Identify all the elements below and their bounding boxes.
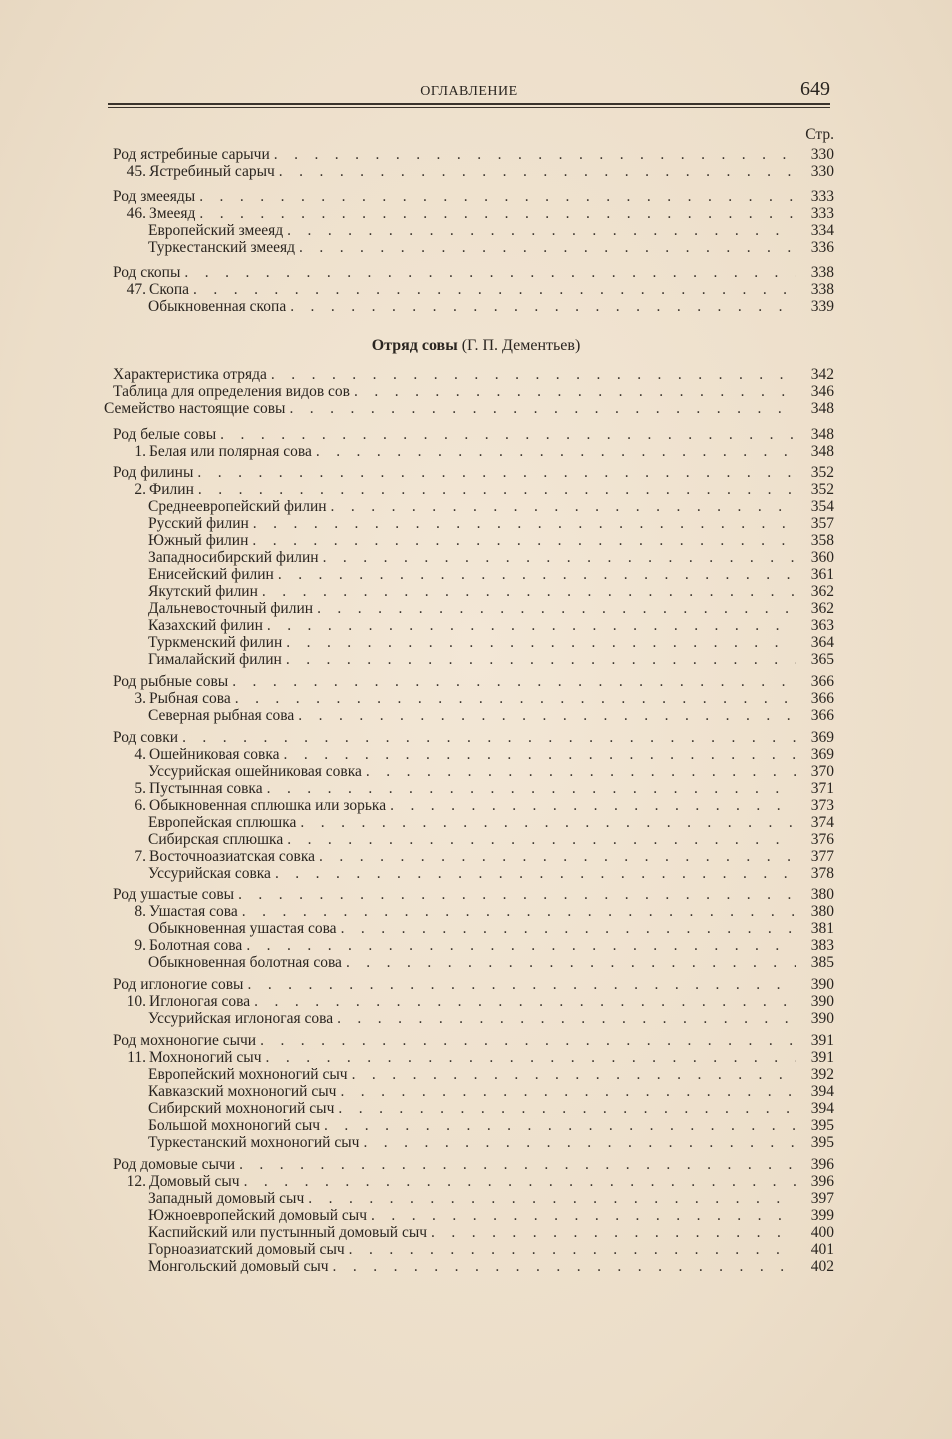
- toc-entry-page: 357: [796, 515, 834, 533]
- toc-entry-page: 391: [796, 1049, 834, 1067]
- toc-entry-label: Семейство настоящие совы: [104, 400, 287, 418]
- toc-entry-page: 346: [796, 383, 834, 401]
- toc-entry: Род мохноногие сычи. . . . . . . . . . .…: [113, 1032, 834, 1050]
- toc-entry-page: 365: [796, 651, 834, 669]
- dot-leader: . . . . . . . . . . . . . . . . . . . . …: [180, 729, 796, 747]
- toc-entry-number: 11.: [113, 1049, 146, 1067]
- toc-entry-label: Обыкновенная сплюшка или зорька: [149, 797, 388, 815]
- toc-entry: Характеристика отряда. . . . . . . . . .…: [113, 366, 834, 384]
- dot-leader: . . . . . . . . . . . . . . . . . . . . …: [321, 549, 796, 567]
- toc-entry: 2.Филин. . . . . . . . . . . . . . . . .…: [113, 481, 834, 499]
- section-title: Отряд совы (Г. П. Дементьев): [0, 337, 952, 355]
- toc-entry: Европейская сплюшка. . . . . . . . . . .…: [148, 814, 834, 832]
- dot-leader: . . . . . . . . . . . . . . . . . . . . …: [273, 865, 796, 883]
- toc-entry-page: 376: [796, 831, 834, 849]
- toc-entry: Уссурийская совка. . . . . . . . . . . .…: [148, 865, 834, 883]
- toc-entry-label: Каспийский или пустынный домовый сыч: [148, 1224, 429, 1242]
- toc-entry-page: 394: [796, 1083, 834, 1101]
- toc-entry-page: 352: [796, 481, 834, 499]
- toc-entry-page: 397: [796, 1190, 834, 1208]
- toc-entry-label: Ястребиный сарыч: [149, 163, 277, 181]
- toc-entry-number: 6.: [113, 797, 146, 815]
- toc-entry-label: Ошейниковая совка: [149, 746, 282, 764]
- toc-entry-number: 8.: [113, 903, 146, 921]
- toc-entry: Род домовые сычи. . . . . . . . . . . . …: [113, 1156, 834, 1174]
- toc-entry-label: Южный филин: [148, 532, 250, 550]
- toc-entry-page: 339: [796, 298, 834, 316]
- toc-entry: Род рыбные совы. . . . . . . . . . . . .…: [113, 673, 834, 691]
- section-author: (Г. П. Дементьев): [462, 337, 581, 354]
- toc-entry: Северная рыбная сова. . . . . . . . . . …: [148, 707, 834, 725]
- dot-leader: . . . . . . . . . . . . . . . . . . . . …: [429, 1224, 796, 1242]
- toc-entry-label: Род ушастые совы: [113, 886, 236, 904]
- toc-entry-label: Русский филин: [148, 515, 251, 533]
- toc-entry-page: 366: [796, 690, 834, 708]
- toc-entry-page: 364: [796, 634, 834, 652]
- toc-entry-page: 395: [796, 1134, 834, 1152]
- toc-entry-label: Туркменский филин: [148, 634, 284, 652]
- toc-entry-page: 400: [796, 1224, 834, 1242]
- toc-entry: Енисейский филин. . . . . . . . . . . . …: [148, 566, 834, 584]
- dot-leader: . . . . . . . . . . . . . . . . . . . . …: [284, 634, 796, 652]
- toc-entry-page: 396: [796, 1173, 834, 1191]
- dot-leader: . . . . . . . . . . . . . . . . . . . . …: [250, 532, 796, 550]
- toc-entry-page: 391: [796, 1032, 834, 1050]
- toc-entry-number: 10.: [113, 993, 146, 1011]
- dot-leader: . . . . . . . . . . . . . . . . . . . . …: [296, 707, 796, 725]
- page-number: 649: [800, 78, 830, 101]
- toc-entry-label: Скопа: [149, 281, 191, 299]
- dot-leader: . . . . . . . . . . . . . . . . . . . . …: [276, 566, 796, 584]
- toc-entry-label: Сибирский мохноногий сыч: [148, 1100, 336, 1118]
- toc-entry-page: 385: [796, 954, 834, 972]
- toc-entry: Семейство настоящие совы. . . . . . . . …: [104, 400, 834, 418]
- toc-entry: Туркестанский змееяд. . . . . . . . . . …: [148, 239, 834, 257]
- toc-entry: 12.Домовый сыч. . . . . . . . . . . . . …: [113, 1173, 834, 1191]
- toc-entry-page: 360: [796, 549, 834, 567]
- dot-leader: . . . . . . . . . . . . . . . . . . . . …: [347, 1241, 796, 1259]
- dot-leader: . . . . . . . . . . . . . . . . . . . . …: [350, 1066, 796, 1084]
- dot-leader: . . . . . . . . . . . . . . . . . . . . …: [284, 651, 796, 669]
- toc-entry-page: 338: [796, 281, 834, 299]
- toc-entry-page: 390: [796, 976, 834, 994]
- toc-entry-page: 338: [796, 264, 834, 282]
- toc-entry-label: Туркестанский змееяд: [148, 239, 297, 257]
- toc-entry-label: Характеристика отряда: [113, 366, 269, 384]
- toc-entry-label: Монгольский домовый сыч: [148, 1258, 331, 1276]
- dot-leader: . . . . . . . . . . . . . . . . . . . . …: [264, 1049, 796, 1067]
- toc-entry: 4.Ошейниковая совка. . . . . . . . . . .…: [113, 746, 834, 764]
- toc-entry: Уссурийская иглоногая сова. . . . . . . …: [148, 1010, 834, 1028]
- toc-entry-page: 369: [796, 746, 834, 764]
- toc-entry-label: Обыкновенная болотная сова: [148, 954, 344, 972]
- toc-entry-page: 334: [796, 222, 834, 240]
- toc-entry-label: Иглоногая сова: [149, 993, 252, 1011]
- toc-entry-label: Род филины: [113, 464, 195, 482]
- toc-entry-label: Мохноногий сыч: [149, 1049, 264, 1067]
- toc-entry: Сибирская сплюшка. . . . . . . . . . . .…: [148, 831, 834, 849]
- toc-entry-page: 342: [796, 366, 834, 384]
- toc-entry-page: 396: [796, 1156, 834, 1174]
- toc-entry-number: 9.: [113, 937, 146, 955]
- toc-entry-page: 348: [796, 426, 834, 444]
- toc-entry-label: Южноевропейский домовый сыч: [148, 1207, 369, 1225]
- toc-entry-label: Европейская сплюшка: [148, 814, 298, 832]
- toc-entry-label: Белая или полярная сова: [149, 443, 314, 461]
- toc-entry-page: 336: [796, 239, 834, 257]
- toc-entry: 5.Пустынная совка. . . . . . . . . . . .…: [113, 780, 834, 798]
- toc-entry-page: 394: [796, 1100, 834, 1118]
- toc-entry-label: Рыбная сова: [149, 690, 233, 708]
- toc-entry-label: Европейский змееяд: [148, 222, 285, 240]
- dot-leader: . . . . . . . . . . . . . . . . . . . . …: [230, 673, 796, 691]
- toc-entry-label: Европейский мохноногий сыч: [148, 1066, 350, 1084]
- toc-entry: Род филины. . . . . . . . . . . . . . . …: [113, 464, 834, 482]
- dot-leader: . . . . . . . . . . . . . . . . . . . . …: [335, 1010, 796, 1028]
- dot-leader: . . . . . . . . . . . . . . . . . . . . …: [369, 1207, 796, 1225]
- toc-entry-label: Горноазиатский домовый сыч: [148, 1241, 347, 1259]
- toc-entry: Род ястребиные сарычи. . . . . . . . . .…: [113, 146, 834, 164]
- toc-entry-label: Обыкновенная скопа: [148, 298, 288, 316]
- toc-entry-page: 366: [796, 673, 834, 691]
- toc-entry: Якутский филин. . . . . . . . . . . . . …: [148, 583, 834, 601]
- toc-entry-page: 383: [796, 937, 834, 955]
- toc-entry-label: Болотная сова: [149, 937, 244, 955]
- section-title-text: Отряд совы: [372, 337, 458, 354]
- dot-leader: . . . . . . . . . . . . . . . . . . . . …: [331, 1258, 796, 1276]
- dot-leader: . . . . . . . . . . . . . . . . . . . . …: [244, 937, 796, 955]
- toc-entry: Обыкновенная скопа. . . . . . . . . . . …: [148, 298, 834, 316]
- toc-entry-page: 363: [796, 617, 834, 635]
- toc-entry: 1.Белая или полярная сова. . . . . . . .…: [113, 443, 834, 461]
- dot-leader: . . . . . . . . . . . . . . . . . . . . …: [197, 205, 796, 223]
- toc-entry: 11.Мохноногий сыч. . . . . . . . . . . .…: [113, 1049, 834, 1067]
- toc-entry: 7.Восточноазиатская совка. . . . . . . .…: [113, 848, 834, 866]
- dot-leader: . . . . . . . . . . . . . . . . . . . . …: [272, 146, 796, 164]
- dot-leader: . . . . . . . . . . . . . . . . . . . . …: [298, 814, 796, 832]
- toc-entry: Обыкновенная ушастая сова. . . . . . . .…: [148, 920, 834, 938]
- toc-entry-page: 381: [796, 920, 834, 938]
- dot-leader: . . . . . . . . . . . . . . . . . . . . …: [237, 1156, 796, 1174]
- header-rule-thin: [108, 107, 830, 108]
- toc-entry: Западносибирский филин. . . . . . . . . …: [148, 549, 834, 567]
- toc-entry-number: 2.: [113, 481, 146, 499]
- dot-leader: . . . . . . . . . . . . . . . . . . . . …: [218, 426, 796, 444]
- dot-leader: . . . . . . . . . . . . . . . . . . . . …: [329, 498, 796, 516]
- dot-leader: . . . . . . . . . . . . . . . . . . . . …: [191, 281, 796, 299]
- toc-entry-page: 392: [796, 1066, 834, 1084]
- toc-entry-page: 377: [796, 848, 834, 866]
- toc-entry: Европейский мохноногий сыч. . . . . . . …: [148, 1066, 834, 1084]
- toc-entry-number: 47.: [113, 281, 146, 299]
- toc-entry-number: 1.: [113, 443, 146, 461]
- running-title: ОГЛАВЛЕНИЕ: [108, 84, 830, 100]
- toc-entry-label: Ушастая сова: [149, 903, 240, 921]
- toc-entry: Сибирский мохноногий сыч. . . . . . . . …: [148, 1100, 834, 1118]
- toc-entry-page: 333: [796, 205, 834, 223]
- toc-entry: Среднеевропейский филин. . . . . . . . .…: [148, 498, 834, 516]
- toc-entry-label: Гималайский филин: [148, 651, 284, 669]
- dot-leader: . . . . . . . . . . . . . . . . . . . . …: [265, 780, 796, 798]
- book-page: ОГЛАВЛЕНИЕ 649 Стр. Отряд совы (Г. П. Де…: [0, 0, 952, 1439]
- toc-entry: Русский филин. . . . . . . . . . . . . .…: [148, 515, 834, 533]
- toc-entry-page: 352: [796, 464, 834, 482]
- dot-leader: . . . . . . . . . . . . . . . . . . . . …: [252, 993, 796, 1011]
- toc-entry-number: 5.: [113, 780, 146, 798]
- toc-entry: Кавказский мохноногий сыч. . . . . . . .…: [148, 1083, 834, 1101]
- dot-leader: . . . . . . . . . . . . . . . . . . . . …: [344, 954, 796, 972]
- toc-entry-page: 380: [796, 903, 834, 921]
- toc-entry-label: Западносибирский филин: [148, 549, 321, 567]
- toc-entry: Туркменский филин. . . . . . . . . . . .…: [148, 634, 834, 652]
- dot-leader: . . . . . . . . . . . . . . . . . . . . …: [182, 264, 796, 282]
- toc-entry: Обыкновенная болотная сова. . . . . . . …: [148, 954, 834, 972]
- dot-leader: . . . . . . . . . . . . . . . . . . . . …: [236, 886, 796, 904]
- dot-leader: . . . . . . . . . . . . . . . . . . . . …: [314, 443, 796, 461]
- toc-entry-label: Сибирская сплюшка: [148, 831, 285, 849]
- toc-entry-label: Род белые совы: [113, 426, 218, 444]
- toc-entry-label: Северная рыбная сова: [148, 707, 296, 725]
- toc-entry: 47.Скопа. . . . . . . . . . . . . . . . …: [113, 281, 834, 299]
- toc-entry-page: 390: [796, 1010, 834, 1028]
- toc-entry-page: 378: [796, 865, 834, 883]
- toc-entry: Род совки. . . . . . . . . . . . . . . .…: [113, 729, 834, 747]
- toc-entry: 46.Змееяд. . . . . . . . . . . . . . . .…: [113, 205, 834, 223]
- toc-entry-label: Якутский филин: [148, 583, 260, 601]
- toc-entry-label: Казахский филин: [148, 617, 265, 635]
- toc-entry: Горноазиатский домовый сыч. . . . . . . …: [148, 1241, 834, 1259]
- toc-entry: Род иглоногие совы. . . . . . . . . . . …: [113, 976, 834, 994]
- toc-entry: Южноевропейский домовый сыч. . . . . . .…: [148, 1207, 834, 1225]
- toc-entry-number: 46.: [113, 205, 146, 223]
- toc-entry-page: 354: [796, 498, 834, 516]
- toc-entry-label: Змееяд: [149, 205, 197, 223]
- toc-entry-label: Род рыбные совы: [113, 673, 230, 691]
- toc-entry-page: 361: [796, 566, 834, 584]
- toc-entry-number: 3.: [113, 690, 146, 708]
- toc-entry: 6.Обыкновенная сплюшка или зорька. . . .…: [113, 797, 834, 815]
- dot-leader: . . . . . . . . . . . . . . . . . . . . …: [388, 797, 796, 815]
- toc-entry: Гималайский филин. . . . . . . . . . . .…: [148, 651, 834, 669]
- toc-entry-page: 366: [796, 707, 834, 725]
- dot-leader: . . . . . . . . . . . . . . . . . . . . …: [245, 976, 796, 994]
- toc-entry: Каспийский или пустынный домовый сыч. . …: [148, 1224, 834, 1242]
- toc-entry-label: Род скопы: [113, 264, 182, 282]
- toc-entry-page: 402: [796, 1258, 834, 1276]
- toc-entry: Европейский змееяд. . . . . . . . . . . …: [148, 222, 834, 240]
- toc-entry-page: 374: [796, 814, 834, 832]
- dot-leader: . . . . . . . . . . . . . . . . . . . . …: [258, 1032, 796, 1050]
- toc-entry: 45.Ястребиный сарыч. . . . . . . . . . .…: [113, 163, 834, 181]
- toc-entry-number: 45.: [113, 163, 146, 181]
- dot-leader: . . . . . . . . . . . . . . . . . . . . …: [361, 1134, 796, 1152]
- toc-entry-label: Енисейский филин: [148, 566, 276, 584]
- toc-entry-label: Пустынная совка: [149, 780, 265, 798]
- dot-leader: . . . . . . . . . . . . . . . . . . . . …: [317, 848, 796, 866]
- toc-entry: Род скопы. . . . . . . . . . . . . . . .…: [113, 264, 834, 282]
- dot-leader: . . . . . . . . . . . . . . . . . . . . …: [242, 1173, 796, 1191]
- dot-leader: . . . . . . . . . . . . . . . . . . . . …: [364, 763, 796, 781]
- toc-entry-label: Род мохноногие сычи: [113, 1032, 258, 1050]
- dot-leader: . . . . . . . . . . . . . . . . . . . . …: [282, 746, 796, 764]
- toc-entry-page: 362: [796, 600, 834, 618]
- dot-leader: . . . . . . . . . . . . . . . . . . . . …: [277, 163, 796, 181]
- dot-leader: . . . . . . . . . . . . . . . . . . . . …: [260, 583, 796, 601]
- toc-entry-label: Восточноазиатская совка: [149, 848, 317, 866]
- toc-entry-label: Обыкновенная ушастая сова: [148, 920, 339, 938]
- toc-entry: Большой мохноногий сыч. . . . . . . . . …: [148, 1117, 834, 1135]
- page-column-header: Стр.: [794, 126, 834, 144]
- toc-entry: Казахский филин. . . . . . . . . . . . .…: [148, 617, 834, 635]
- toc-entry-label: Таблица для определения видов сов: [113, 383, 352, 401]
- toc-entry-number: 12.: [113, 1173, 146, 1191]
- dot-leader: . . . . . . . . . . . . . . . . . . . . …: [251, 515, 796, 533]
- toc-entry-label: Род совки: [113, 729, 180, 747]
- toc-entry: 8.Ушастая сова. . . . . . . . . . . . . …: [113, 903, 834, 921]
- dot-leader: . . . . . . . . . . . . . . . . . . . . …: [240, 903, 796, 921]
- toc-entry-number: 7.: [113, 848, 146, 866]
- toc-entry: 9.Болотная сова. . . . . . . . . . . . .…: [113, 937, 834, 955]
- toc-entry-page: 380: [796, 886, 834, 904]
- toc-entry-label: Туркестанский мохноногий сыч: [148, 1134, 361, 1152]
- toc-entry-page: 330: [796, 146, 834, 164]
- dot-leader: . . . . . . . . . . . . . . . . . . . . …: [338, 1083, 796, 1101]
- toc-entry: Род белые совы. . . . . . . . . . . . . …: [113, 426, 834, 444]
- toc-entry-page: 348: [796, 443, 834, 461]
- toc-entry-page: 370: [796, 763, 834, 781]
- toc-entry-label: Уссурийская совка: [148, 865, 273, 883]
- toc-entry-label: Домовый сыч: [149, 1173, 242, 1191]
- toc-entry: Туркестанский мохноногий сыч. . . . . . …: [148, 1134, 834, 1152]
- toc-entry-label: Среднеевропейский филин: [148, 498, 329, 516]
- toc-entry-page: 348: [796, 400, 834, 418]
- toc-entry-label: Уссурийская иглоногая сова: [148, 1010, 335, 1028]
- dot-leader: . . . . . . . . . . . . . . . . . . . . …: [197, 188, 796, 206]
- toc-entry: Таблица для определения видов сов. . . .…: [113, 383, 834, 401]
- toc-entry-page: 371: [796, 780, 834, 798]
- dot-leader: . . . . . . . . . . . . . . . . . . . . …: [269, 366, 796, 384]
- dot-leader: . . . . . . . . . . . . . . . . . . . . …: [322, 1117, 796, 1135]
- dot-leader: . . . . . . . . . . . . . . . . . . . . …: [196, 481, 796, 499]
- toc-entry: 10.Иглоногая сова. . . . . . . . . . . .…: [113, 993, 834, 1011]
- toc-entry-page: 373: [796, 797, 834, 815]
- toc-entry-label: Род домовые сычи: [113, 1156, 237, 1174]
- toc-entry: Монгольский домовый сыч. . . . . . . . .…: [148, 1258, 834, 1276]
- toc-entry: Западный домовый сыч. . . . . . . . . . …: [148, 1190, 834, 1208]
- toc-entry: 3.Рыбная сова. . . . . . . . . . . . . .…: [113, 690, 834, 708]
- toc-entry-page: 401: [796, 1241, 834, 1259]
- toc-entry: Южный филин. . . . . . . . . . . . . . .…: [148, 532, 834, 550]
- toc-entry-page: 369: [796, 729, 834, 747]
- toc-entry-page: 390: [796, 993, 834, 1011]
- toc-entry-label: Род ястребиные сарычи: [113, 146, 272, 164]
- toc-entry-label: Западный домовый сыч: [148, 1190, 306, 1208]
- toc-entry-page: 333: [796, 188, 834, 206]
- toc-entry-page: 399: [796, 1207, 834, 1225]
- toc-entry-label: Род иглоногие совы: [113, 976, 245, 994]
- running-head: ОГЛАВЛЕНИЕ 649: [108, 80, 830, 102]
- dot-leader: . . . . . . . . . . . . . . . . . . . . …: [285, 831, 796, 849]
- toc-entry-label: Большой мохноногий сыч: [148, 1117, 322, 1135]
- dot-leader: . . . . . . . . . . . . . . . . . . . . …: [287, 400, 796, 418]
- dot-leader: . . . . . . . . . . . . . . . . . . . . …: [233, 690, 796, 708]
- dot-leader: . . . . . . . . . . . . . . . . . . . . …: [339, 920, 796, 938]
- toc-entry-page: 395: [796, 1117, 834, 1135]
- toc-entry: Уссурийская ошейниковая совка. . . . . .…: [148, 763, 834, 781]
- dot-leader: . . . . . . . . . . . . . . . . . . . . …: [352, 383, 796, 401]
- dot-leader: . . . . . . . . . . . . . . . . . . . . …: [195, 464, 796, 482]
- dot-leader: . . . . . . . . . . . . . . . . . . . . …: [306, 1190, 796, 1208]
- toc-entry-label: Дальневосточный филин: [148, 600, 315, 618]
- dot-leader: . . . . . . . . . . . . . . . . . . . . …: [285, 222, 796, 240]
- header-rule-thick: [108, 103, 830, 105]
- dot-leader: . . . . . . . . . . . . . . . . . . . . …: [315, 600, 796, 618]
- dot-leader: . . . . . . . . . . . . . . . . . . . . …: [336, 1100, 796, 1118]
- toc-entry-page: 362: [796, 583, 834, 601]
- toc-entry: Род ушастые совы. . . . . . . . . . . . …: [113, 886, 834, 904]
- toc-entry-label: Род змееяды: [113, 188, 197, 206]
- toc-entry-number: 4.: [113, 746, 146, 764]
- toc-entry-label: Кавказский мохноногий сыч: [148, 1083, 338, 1101]
- toc-entry-page: 330: [796, 163, 834, 181]
- dot-leader: . . . . . . . . . . . . . . . . . . . . …: [297, 239, 796, 257]
- toc-entry-page: 358: [796, 532, 834, 550]
- toc-entry-label: Филин: [149, 481, 196, 499]
- toc-entry-label: Уссурийская ошейниковая совка: [148, 763, 364, 781]
- dot-leader: . . . . . . . . . . . . . . . . . . . . …: [265, 617, 796, 635]
- dot-leader: . . . . . . . . . . . . . . . . . . . . …: [288, 298, 796, 316]
- toc-entry: Дальневосточный филин. . . . . . . . . .…: [148, 600, 834, 618]
- toc-entry: Род змееяды. . . . . . . . . . . . . . .…: [113, 188, 834, 206]
